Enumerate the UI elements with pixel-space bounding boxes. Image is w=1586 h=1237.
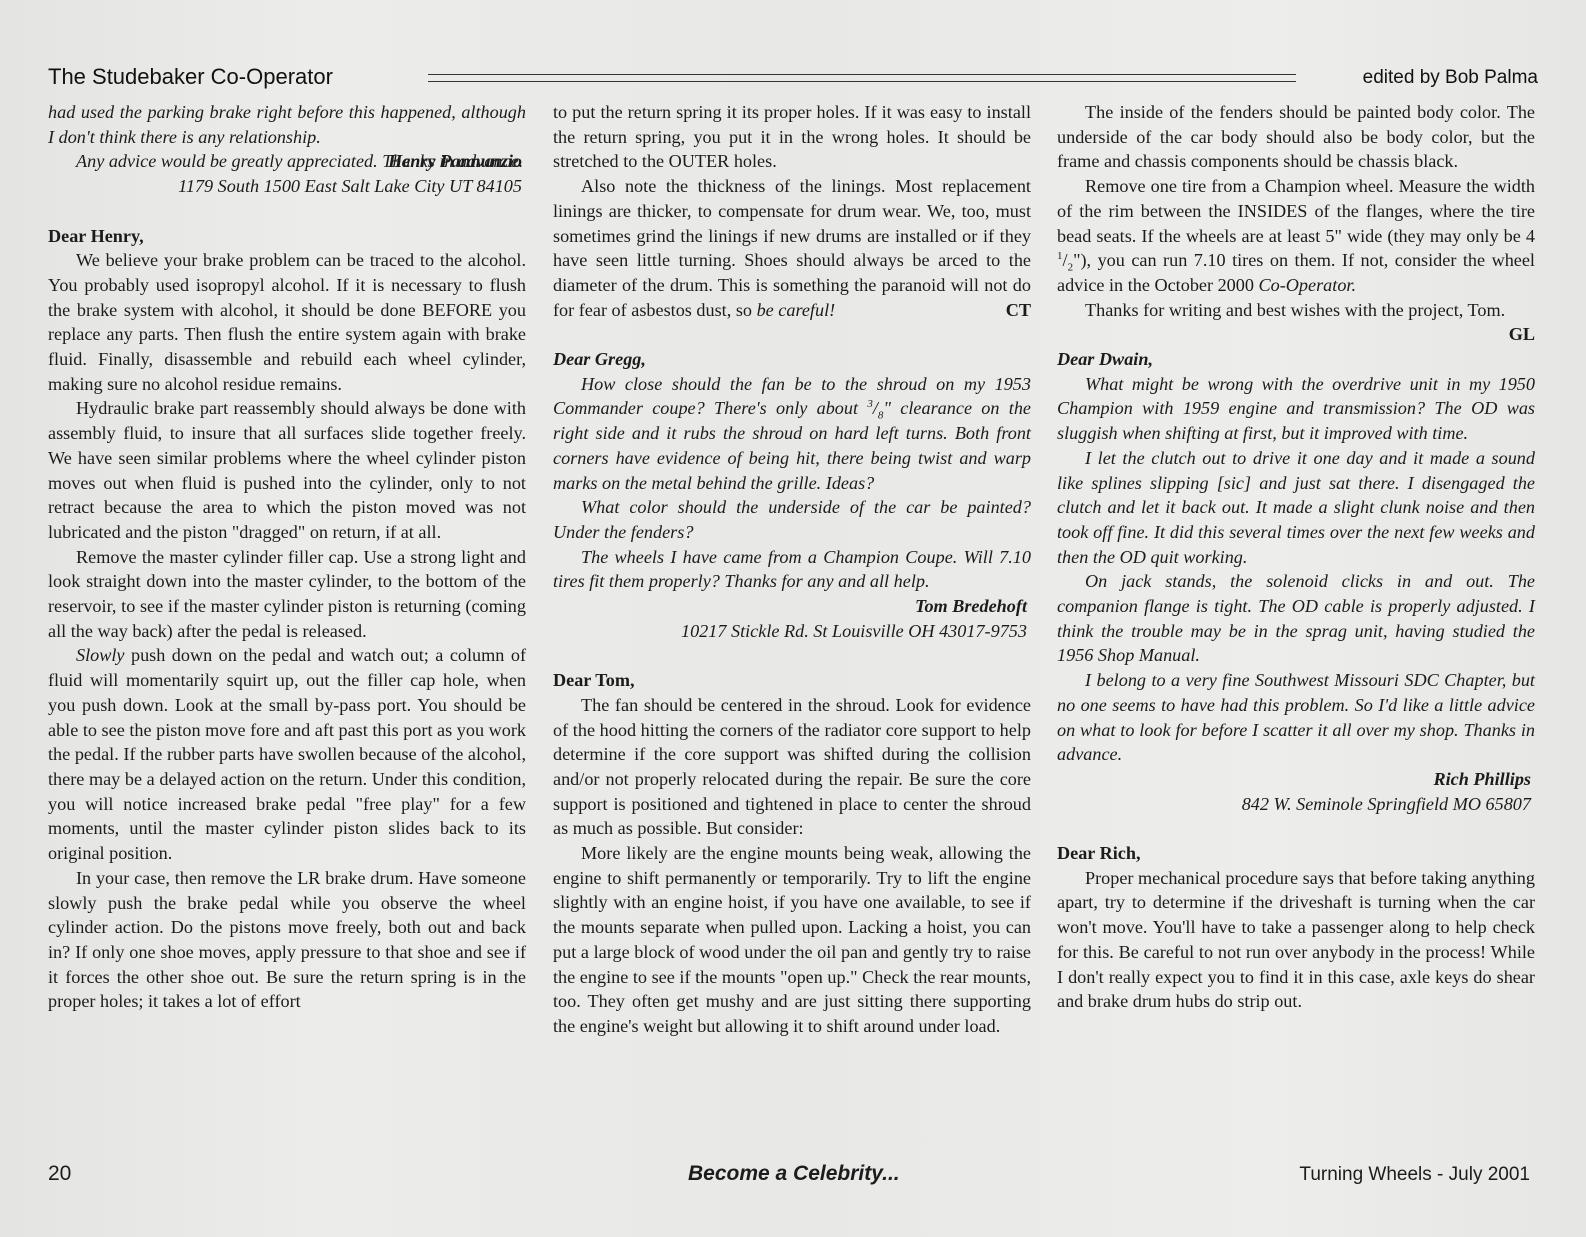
editor-credit: edited by Bob Palma (1363, 67, 1538, 89)
column-2: to put the return spring it its proper h… (553, 100, 1031, 1039)
column-1: had used the parking brake right before … (48, 100, 526, 1014)
letter-address: 842 W. Seminole Springfield MO 65807 (1057, 792, 1535, 817)
author-initials: GL (1481, 322, 1535, 347)
header-double-rule (428, 74, 1296, 82)
column-3: The inside of the fenders should be pain… (1057, 100, 1535, 1014)
letter-text: The wheels I have came from a Champion C… (553, 545, 1031, 594)
footer-tagline: Become a Celebrity... (688, 1162, 900, 1186)
page-header: The Studebaker Co-Operator edited by Bob… (48, 64, 1538, 96)
reply-paragraph: to put the return spring it its proper h… (553, 100, 1031, 174)
reply-paragraph: Remove the master cylinder filler cap. U… (48, 545, 526, 644)
magazine-page: The Studebaker Co-Operator edited by Bob… (0, 0, 1586, 1237)
reply-paragraph: Also note the thickness of the linings. … (553, 174, 1031, 322)
column-title: The Studebaker Co-Operator (48, 64, 333, 90)
reply-salutation: Dear Rich, (1057, 841, 1535, 866)
reply-paragraph: Remove one tire from a Champion wheel. M… (1057, 174, 1535, 298)
letter-address: 1179 South 1500 East Salt Lake City UT 8… (48, 174, 526, 199)
letter-text: What might be wrong with the overdrive u… (1057, 372, 1535, 446)
letter-text: had used the parking brake right before … (48, 100, 526, 149)
letter-text: I belong to a very fine Southwest Missou… (1057, 668, 1535, 767)
reply-paragraph: In your case, then remove the LR brake d… (48, 866, 526, 1014)
reply-paragraph: Slowly push down on the pedal and watch … (48, 643, 526, 865)
reply-paragraph: Thanks for writing and best wishes with … (1057, 298, 1535, 323)
reply-paragraph: More likely are the engine mounts being … (553, 841, 1031, 1039)
letter-text: What color should the underside of the c… (553, 495, 1031, 544)
letter-salutation: Dear Dwain, (1057, 347, 1535, 372)
letter-salutation: Dear Gregg, (553, 347, 1031, 372)
reply-salutation: Dear Henry, (48, 224, 526, 249)
page-footer: 20 Become a Celebrity... Turning Wheels … (48, 1162, 1538, 1192)
author-initials: CT (978, 298, 1031, 323)
reply-salutation: Dear Tom, (553, 668, 1031, 693)
letter-signature: Rich Phillips (1057, 767, 1535, 792)
publication-info: Turning Wheels - July 2001 (1299, 1164, 1530, 1186)
reply-paragraph: We believe your brake problem can be tra… (48, 248, 526, 396)
letter-text: On jack stands, the solenoid clicks in a… (1057, 569, 1535, 668)
reply-paragraph: Proper mechanical procedure says that be… (1057, 866, 1535, 1014)
reply-paragraph: Hydraulic brake part reassembly should a… (48, 396, 526, 544)
letter-signature: Tom Bredehoft (553, 594, 1031, 619)
letter-text: I let the clutch out to drive it one day… (1057, 446, 1535, 570)
page-number: 20 (48, 1162, 71, 1186)
reply-paragraph: The fan should be centered in the shroud… (553, 693, 1031, 841)
letter-text: How close should the fan be to the shrou… (553, 372, 1031, 496)
letter-address: 10217 Stickle Rd. St Louisville OH 43017… (553, 619, 1031, 644)
reply-paragraph: The inside of the fenders should be pain… (1057, 100, 1535, 174)
